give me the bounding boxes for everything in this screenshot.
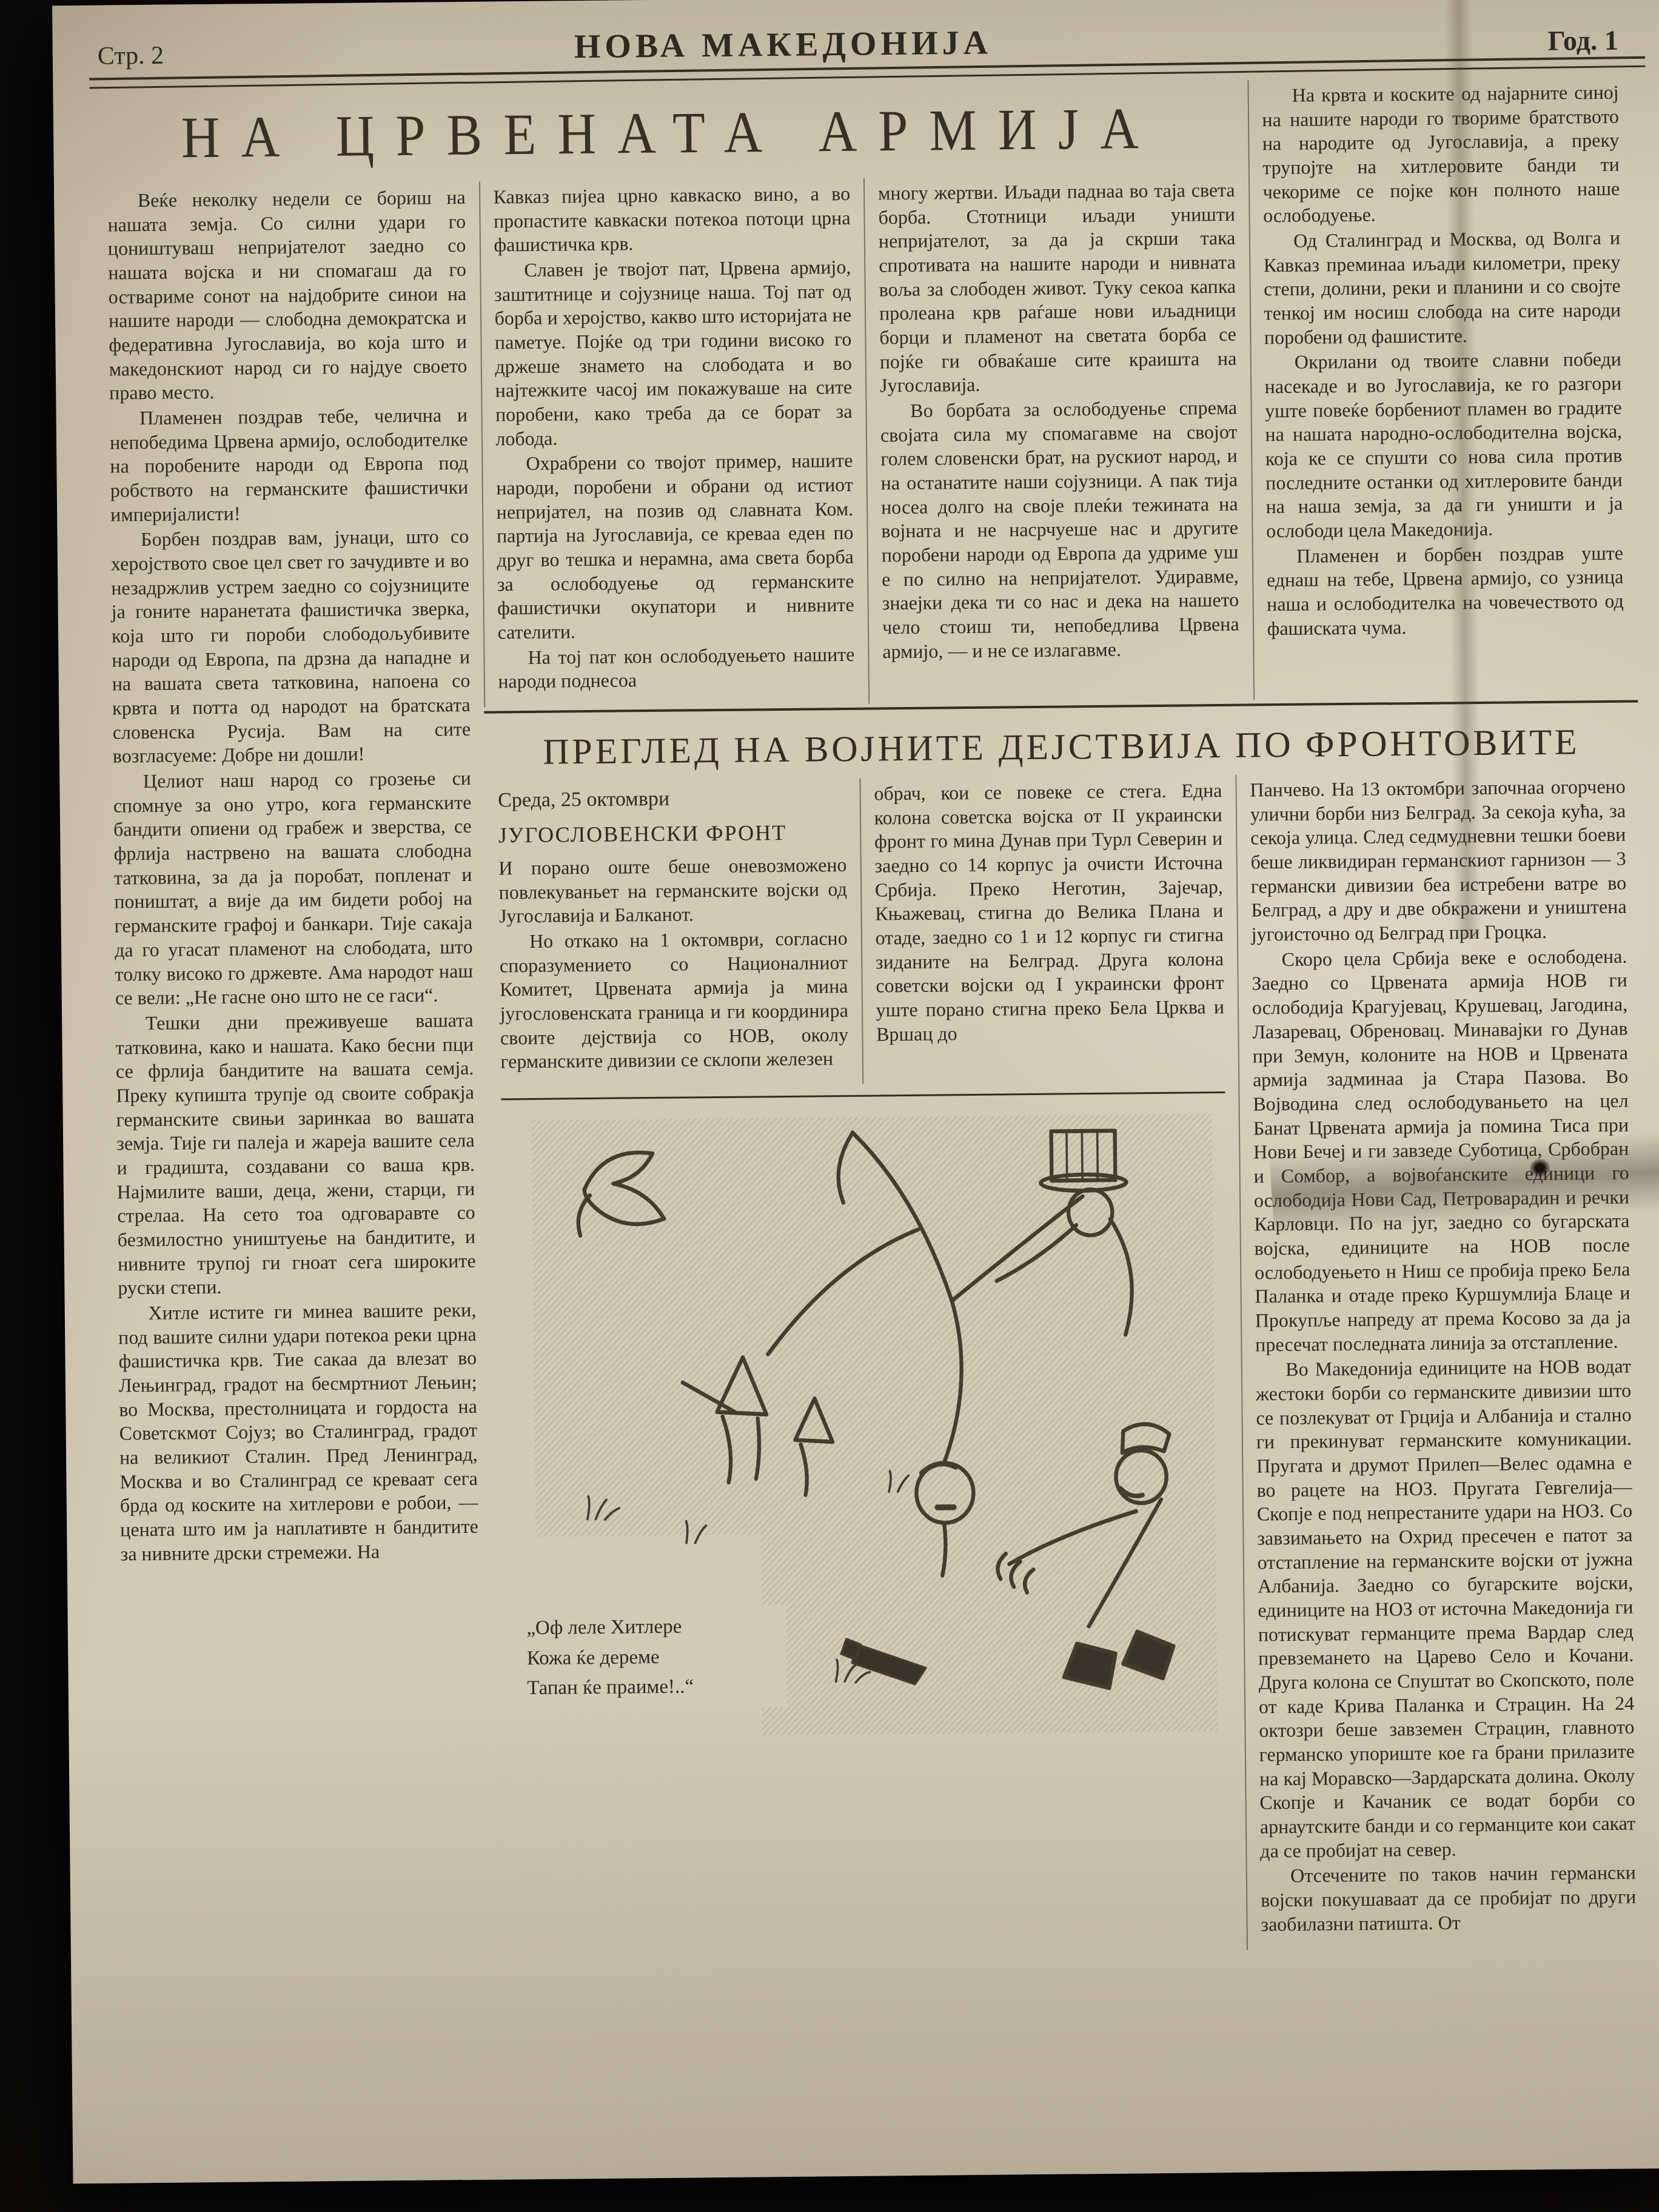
paragraph: Окрилани од твоите славни победи насекад…: [1264, 347, 1623, 543]
paragraph: Во борбата за ослободуенье спрема својат…: [880, 396, 1239, 664]
article1-column-1: Веќе неколку недели се бориш на нашата з…: [94, 182, 496, 1961]
paragraph: Пламенен поздрав тебе, челична и непобед…: [109, 403, 468, 527]
article2-dateline: Среда, 25 октомври: [498, 785, 846, 814]
paragraph: „Оф леле Хитлере: [526, 1611, 781, 1644]
cartoon-caption: „Оф леле ХитлереКожа ќе деремеТапан ќе п…: [509, 1605, 787, 1710]
paragraph: Тешки дни преживуеше вашата татковина, к…: [115, 1008, 476, 1301]
paragraph: Во Македонија единиците на НОВ водат жес…: [1255, 1355, 1635, 1863]
paragraph: И порано оште беше оневозможено повлекув…: [498, 853, 847, 929]
article2-body: Среда, 25 октомври ЈУГОСЛОВЕНСКИ ФРОНТ И…: [484, 771, 1650, 1957]
article1-column-2: Кавказ пијеа црно кавкаско вино, а во пр…: [478, 178, 868, 708]
article2-columns: Среда, 25 октомври ЈУГОСЛОВЕНСКИ ФРОНТ И…: [484, 775, 1238, 1088]
paragraph: многу жертви. Иљади паднаа во таја света…: [878, 178, 1237, 398]
paragraph: Борбен поздрав вам, јунаци, што со херој…: [110, 525, 471, 768]
article2-column-2: обрач, кои се повеке се стега. Една коло…: [859, 775, 1238, 1084]
paragraph: Отсечените по таков начин германски војс…: [1260, 1861, 1636, 1937]
paragraph: обрач, кои се повеке се стега. Една коло…: [874, 779, 1224, 1047]
paragraph: На тој пат кон ослободуењето нашите наро…: [498, 643, 855, 694]
article1-headline: НА ЦРВЕНАТА АРМИЈА: [93, 94, 1248, 172]
article2-headline: ПРЕГЛЕД НА ВОЈНИТЕ ДЕЈСТВИЈА ПО ФРОНТОВИ…: [484, 700, 1639, 782]
paragraph: Охрабрени со твојот пример, нашите народ…: [496, 449, 855, 645]
newspaper-page: Стр. 2 НОВА МАКЕДОНИЈА Год. 1 НА ЦРВЕНАТ…: [52, 0, 1659, 2184]
year-label: Год. 1: [1547, 24, 1618, 57]
page-number: Стр. 2: [98, 41, 164, 71]
article2-column-1-text: И порано оште беше оневозможено повлекув…: [498, 853, 849, 1074]
masthead-title: НОВА МАКЕДОНИЈА: [574, 24, 992, 67]
newspaper-photo: Стр. 2 НОВА МАКЕДОНИЈА Год. 1 НА ЦРВЕНАТ…: [0, 0, 1659, 2212]
paragraph: Панчево. На 13 октомбри започнаа огорчен…: [1250, 775, 1627, 947]
article2-column-3: Панчево. На 13 октомбри започнаа огорчен…: [1235, 771, 1650, 1951]
article2-column-1: Среда, 25 октомври ЈУГОСЛОВЕНСКИ ФРОНТ И…: [484, 779, 862, 1088]
paragraph: Од Сталинград и Москва, од Волга и Кавка…: [1263, 226, 1621, 350]
paragraph: Но откако на 1 октомври, согласно спораз…: [499, 927, 848, 1074]
article2-left-area: Среда, 25 октомври ЈУГОСЛОВЕНСКИ ФРОНТ И…: [484, 775, 1247, 1957]
paragraph: Целиот наш народ со грозење си спомнуе з…: [113, 766, 473, 1010]
paragraph: Скоро цела Србија веке е ослободена. Зае…: [1252, 944, 1631, 1356]
paragraph: Кожа ќе дереме: [527, 1641, 782, 1674]
political-cartoon: „Оф леле ХитлереКожа ќе деремеТапан ќе п…: [501, 1091, 1232, 1746]
article2-subhead: ЈУГОСЛОВЕНСКИ ФРОНТ: [498, 819, 847, 849]
paragraph: Веќе неколку недели се бориш на нашата з…: [107, 186, 468, 406]
article1-column-3: многу жертви. Иљади паднаа во таја света…: [863, 175, 1253, 704]
page-body: НА ЦРВЕНАТА АРМИЈА Веќе неколку недели с…: [53, 70, 1659, 1962]
paragraph: На крвта и коските од најарните синој на…: [1262, 81, 1620, 229]
paragraph: Пламенен и борбен поздрав уште еднаш на …: [1266, 541, 1624, 640]
paragraph: Славен је твојот пат, Црвена армијо, заш…: [494, 255, 853, 451]
article1-column-4: На крвта и коските од најарните синој на…: [1247, 76, 1638, 700]
paragraph: Хитле истите ги минеа вашите реки, под в…: [118, 1298, 479, 1566]
paragraph: Кавказ пијеа црно кавкаско вино, а во пр…: [493, 182, 851, 258]
paragraph: Тапан ќе праиме!..“: [527, 1671, 782, 1704]
